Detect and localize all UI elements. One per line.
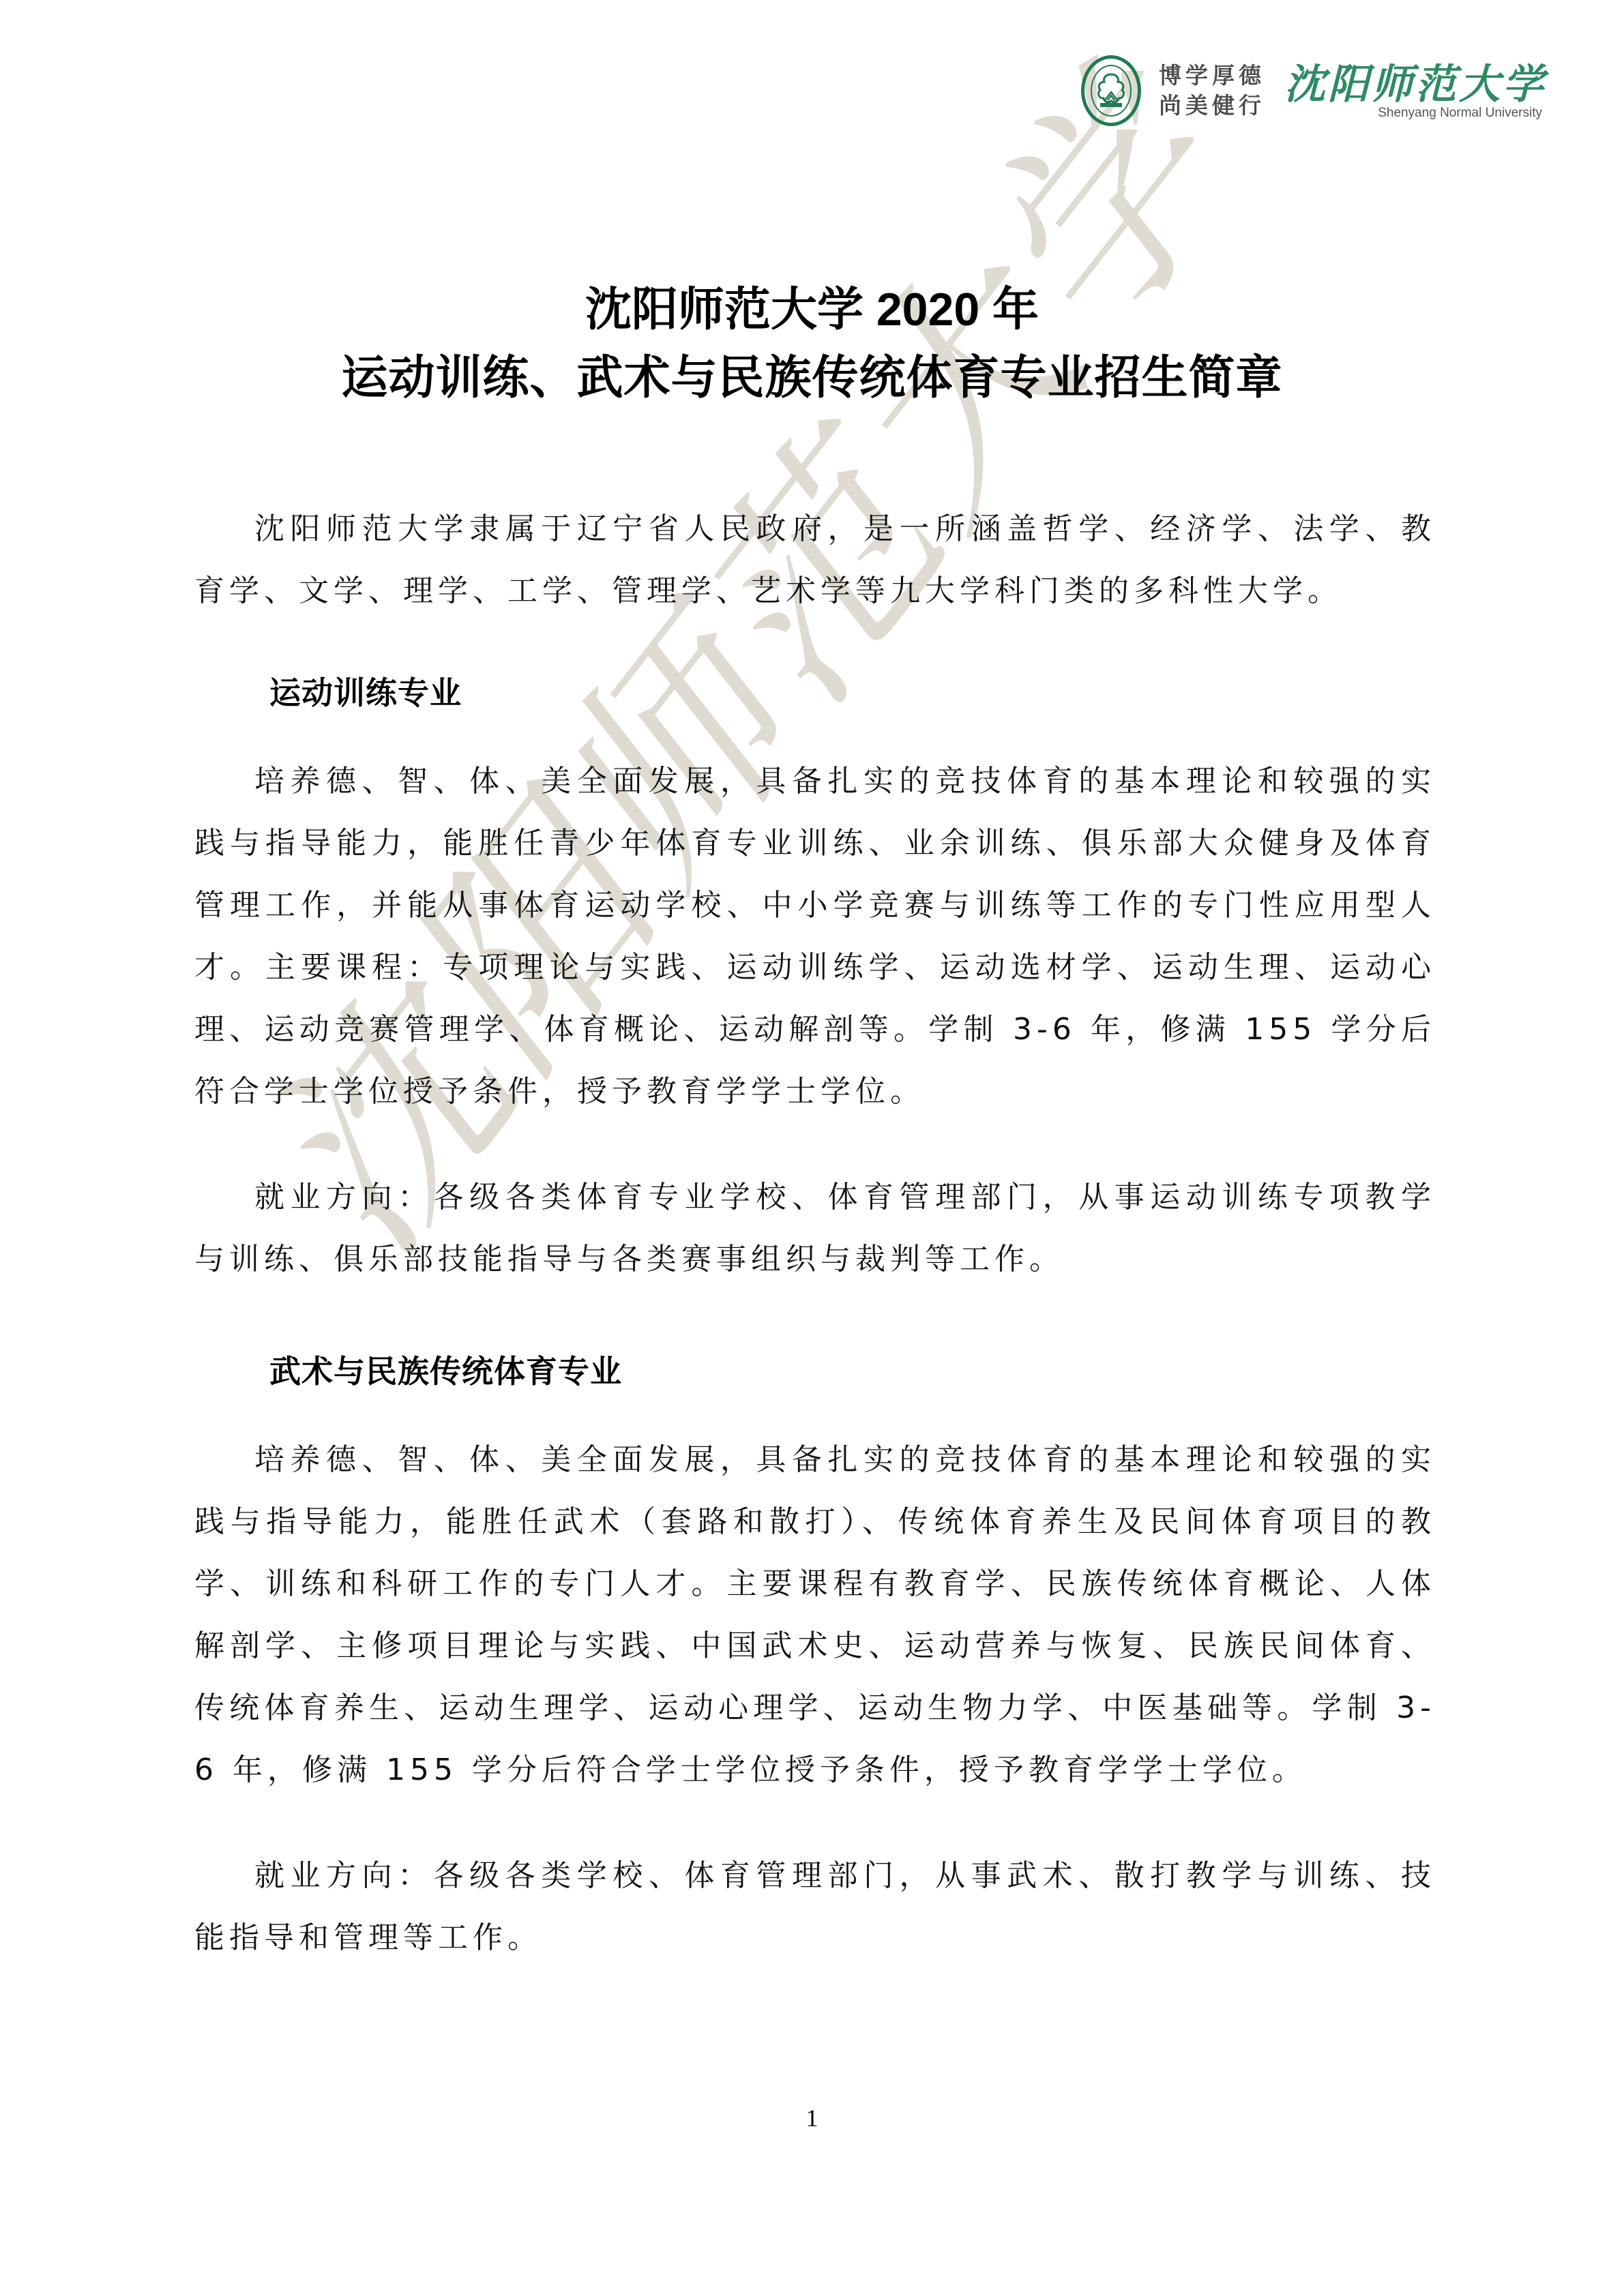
intro-text: 沈阳师范大学隶属于辽宁省人民政府，是一所涵盖哲学、经济学、法学、教育学、文学、理…: [194, 498, 1436, 622]
university-brand: 沈阳师范大学 Shenyang Normal University: [1284, 61, 1546, 121]
university-motto: 博学厚德 尚美健行: [1159, 63, 1265, 119]
document-page: 沈阳师范大学 博学厚德 尚美健行 沈阳师范大学 Shenyang Normal …: [0, 0, 1624, 2296]
motto-line-1: 博学厚德: [1159, 63, 1265, 89]
employment-text: 就业方向：各级各类体育专业学校、体育管理部门，从事运动训练专项教学与训练、俱乐部…: [194, 1166, 1436, 1290]
section-martial-arts-employment: 就业方向：各级各类学校、体育管理部门，从事武术、散打教学与训练、技能指导和管理等…: [194, 1845, 1436, 1969]
section-heading-martial-arts: 武术与民族传统体育专业: [269, 1347, 622, 1392]
section-sports-training-employment: 就业方向：各级各类体育专业学校、体育管理部门，从事运动训练专项教学与训练、俱乐部…: [194, 1166, 1436, 1290]
description-text: 培养德、智、体、美全面发展，具备扎实的竞技体育的基本理论和较强的实践与指导能力，…: [194, 1429, 1436, 1801]
section-martial-arts-description: 培养德、智、体、美全面发展，具备扎实的竞技体育的基本理论和较强的实践与指导能力，…: [194, 1429, 1436, 1801]
university-seal-icon: [1081, 55, 1141, 126]
title-line-1: 沈阳师范大学 2020 年: [0, 273, 1624, 339]
section-heading-sports-training: 运动训练专业: [269, 668, 462, 713]
description-text: 培养德、智、体、美全面发展，具备扎实的竞技体育的基本理论和较强的实践与指导能力，…: [194, 750, 1436, 1122]
page-number: 1: [0, 2104, 1624, 2132]
section-sports-training-description: 培养德、智、体、美全面发展，具备扎实的竞技体育的基本理论和较强的实践与指导能力，…: [194, 750, 1436, 1122]
employment-text: 就业方向：各级各类学校、体育管理部门，从事武术、散打教学与训练、技能指导和管理等…: [194, 1845, 1436, 1969]
brand-name-en: Shenyang Normal University: [1378, 106, 1542, 121]
title-line-2: 运动训练、武术与民族传统体育专业招生简章: [0, 341, 1624, 407]
header-logo: 博学厚德 尚美健行 沈阳师范大学 Shenyang Normal Univers…: [1081, 53, 1546, 128]
motto-line-2: 尚美健行: [1159, 93, 1265, 119]
intro-paragraph: 沈阳师范大学隶属于辽宁省人民政府，是一所涵盖哲学、经济学、法学、教育学、文学、理…: [194, 498, 1436, 622]
brand-name-cn: 沈阳师范大学: [1284, 61, 1546, 108]
